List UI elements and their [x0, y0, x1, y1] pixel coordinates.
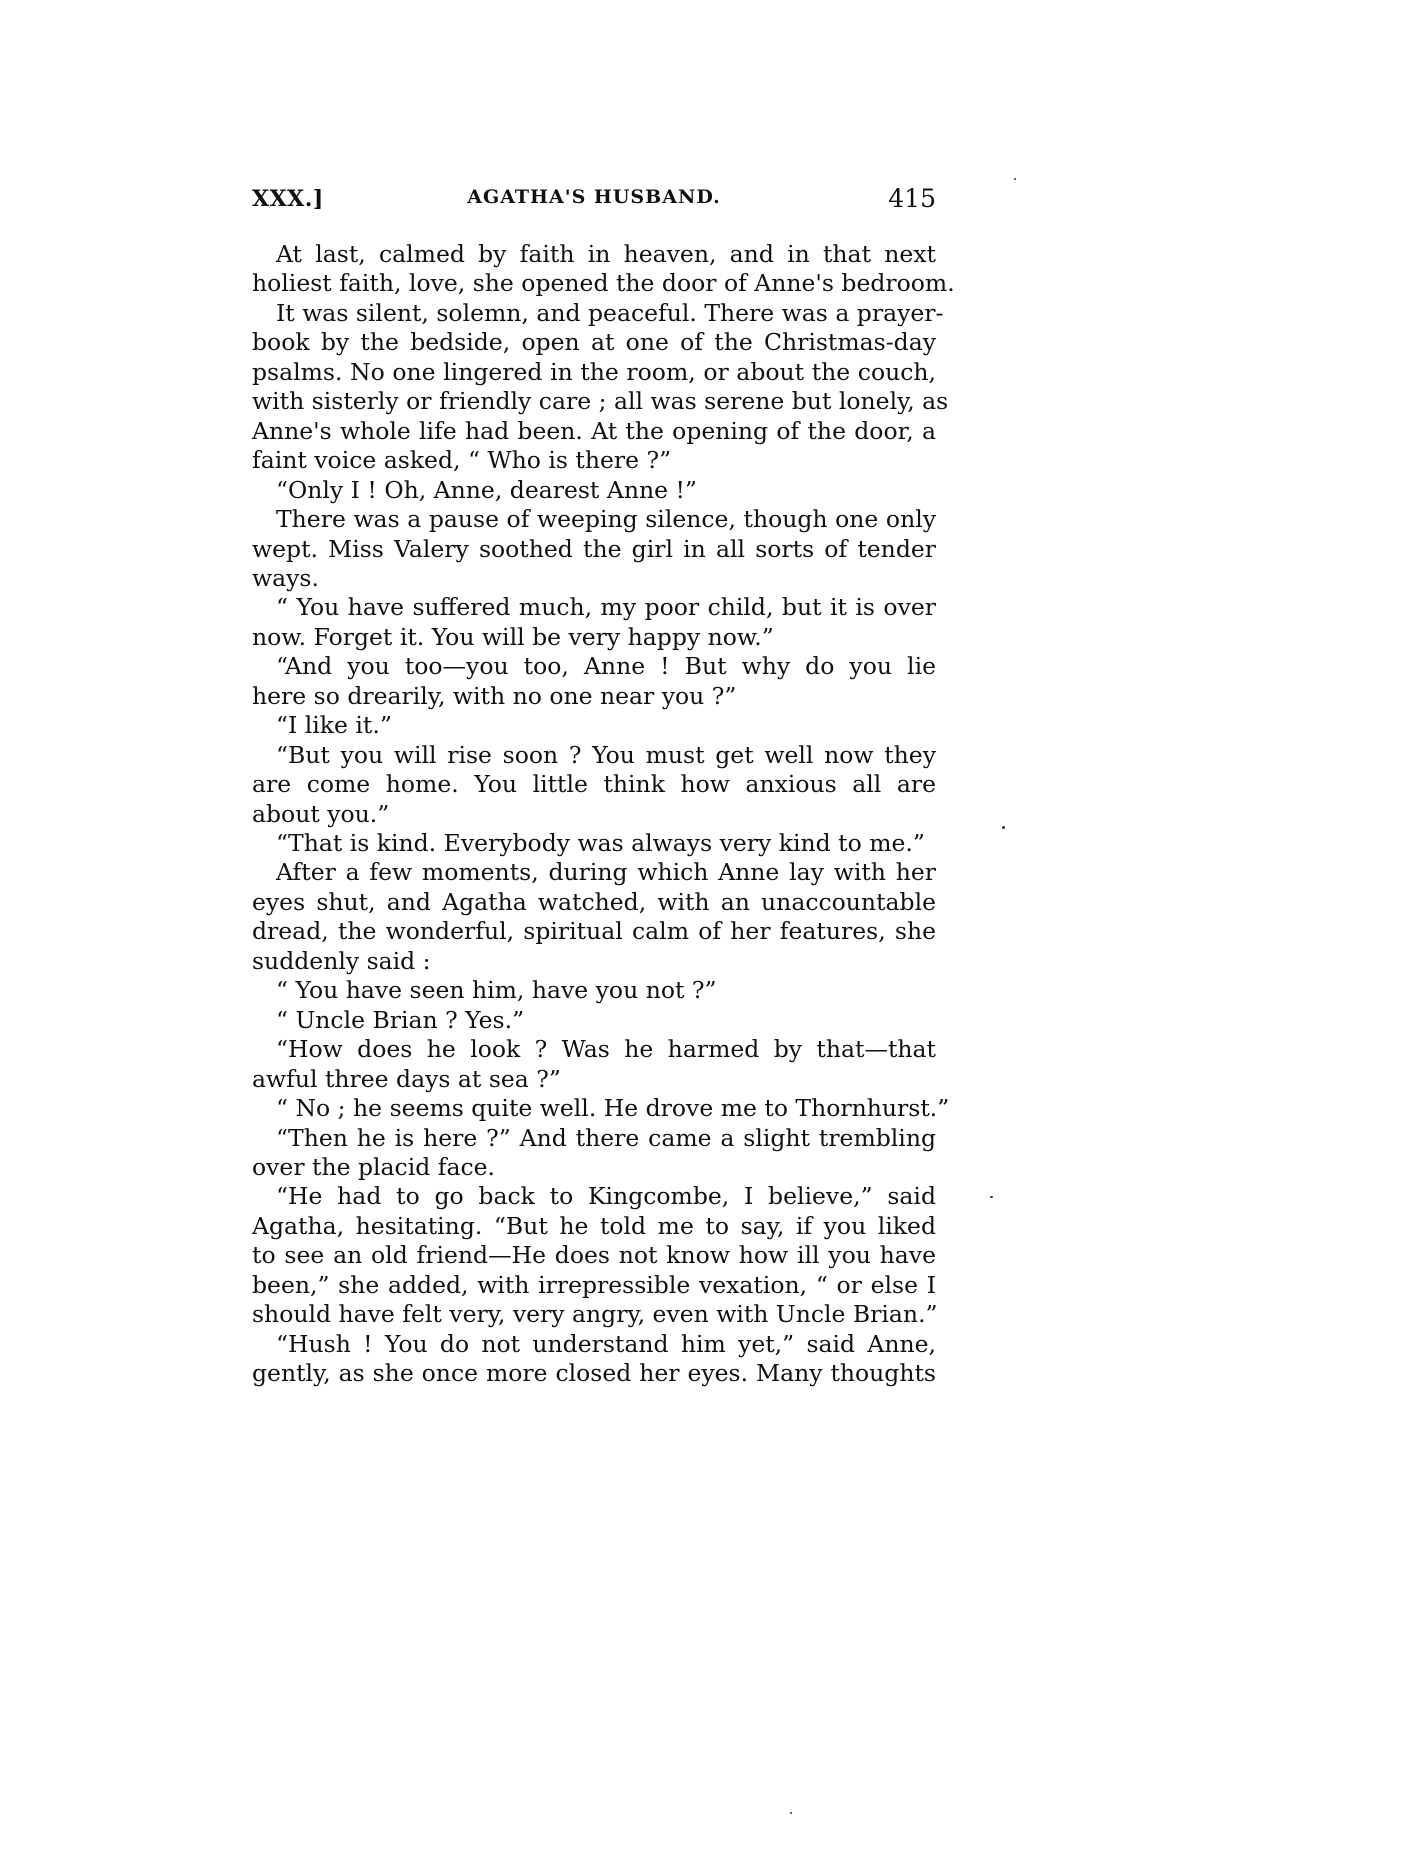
text-line: “Only I ! Oh, Anne, dearest Anne !”	[276, 476, 936, 505]
text-line: “And you too—you too, Anne ! But why do …	[276, 652, 936, 681]
text-line: There was a pause of weeping silence, th…	[276, 505, 936, 534]
text-line: awful three days at sea ?”	[252, 1065, 936, 1094]
text-line: At last, calmed by faith in heaven, and …	[276, 240, 936, 269]
scan-speck-icon	[990, 1196, 993, 1198]
text-line: Anne's whole life had been. At the openi…	[252, 417, 936, 446]
text-line: Agatha, hesitating. “But he told me to s…	[252, 1212, 936, 1241]
page-number: 415	[888, 184, 936, 213]
text-line: “ Uncle Brian ? Yes.”	[276, 1006, 936, 1035]
text-line: “Then he is here ?” And there came a sli…	[276, 1124, 936, 1153]
text-line: “Hush ! You do not understand him yet,” …	[276, 1330, 936, 1359]
scan-speck-icon	[790, 1812, 792, 1814]
scan-speck-icon	[1014, 178, 1016, 180]
text-line: “He had to go back to Kingcombe, I belie…	[276, 1182, 936, 1211]
text-line: eyes shut, and Agatha watched, with an u…	[252, 888, 936, 917]
text-line: It was silent, solemn, and peaceful. The…	[276, 299, 936, 328]
book-page: XXX.] AGATHA'S HUSBAND. 415 At last, cal…	[0, 0, 1401, 1851]
scan-speck-icon	[1002, 826, 1005, 829]
text-line: should have felt very, very angry, even …	[252, 1300, 936, 1329]
text-line: After a few moments, during which Anne l…	[276, 858, 936, 887]
text-line: gently, as she once more closed her eyes…	[252, 1359, 936, 1388]
text-line: with sisterly or friendly care ; all was…	[252, 387, 936, 416]
text-line: “That is kind. Everybody was always very…	[276, 829, 936, 858]
text-line: are come home. You little think how anxi…	[252, 770, 936, 799]
text-line: “ You have suffered much, my poor child,…	[276, 593, 936, 622]
text-line: about you.”	[252, 800, 936, 829]
text-line: over the placid face.	[252, 1153, 936, 1182]
text-line: wept. Miss Valery soothed the girl in al…	[252, 535, 936, 564]
text-line: now. Forget it. You will be very happy n…	[252, 623, 936, 652]
text-line: “ You have seen him, have you not ?”	[276, 976, 936, 1005]
running-title: AGATHA'S HUSBAND.	[252, 186, 936, 208]
text-line: “ No ; he seems quite well. He drove me …	[276, 1094, 936, 1123]
running-header: XXX.] AGATHA'S HUSBAND. 415	[252, 186, 936, 220]
text-line: book by the bedside, open at one of the …	[252, 328, 936, 357]
text-line: “I like it.”	[276, 711, 936, 740]
text-line: faint voice asked, “ Who is there ?”	[252, 446, 936, 475]
text-line: to see an old friend—He does not know ho…	[252, 1241, 936, 1270]
text-line: ways.	[252, 564, 936, 593]
text-line: “But you will rise soon ? You must get w…	[276, 741, 936, 770]
text-line: been,” she added, with irrepressible vex…	[252, 1271, 936, 1300]
text-line: psalms. No one lingered in the room, or …	[252, 358, 936, 387]
text-line: holiest faith, love, she opened the door…	[252, 269, 936, 298]
text-line: suddenly said :	[252, 947, 936, 976]
text-line: dread, the wonderful, spiritual calm of …	[252, 917, 936, 946]
text-line: “How does he look ? Was he harmed by tha…	[276, 1035, 936, 1064]
text-line: here so drearily, with no one near you ?…	[252, 682, 936, 711]
